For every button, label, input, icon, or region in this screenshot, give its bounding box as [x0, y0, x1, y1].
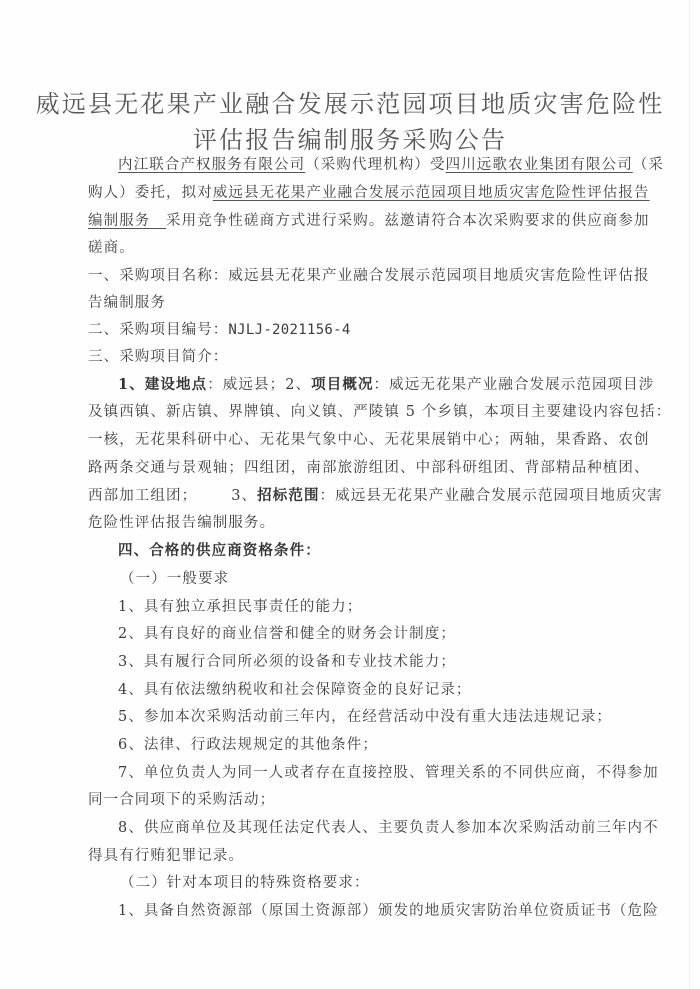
project-code-label: 二、采购项目编号： — [88, 322, 228, 338]
scope-value: ：威远县无花果产业融合发展示范园项目地质灾害 — [320, 488, 663, 504]
section3-line3: 一核，无花果科研中心、无花果气象中心、无花果展销中心；两轴，果香路、农创 — [88, 430, 628, 450]
agency-role: （采购代理机构）受 — [305, 157, 445, 173]
general-item-6: 6、法律、行政法规规定的其他条件； — [118, 735, 658, 755]
general-item-1: 1、具有独立承担民事责任的能力； — [118, 597, 658, 617]
intro-line1: 内江联合产权服务有限公司（采购代理机构）受四川远歌农业集团有限公司（采 — [118, 155, 658, 175]
project-name-b: 编制服务 — [88, 213, 166, 229]
general-requirements-heading: （一）一般要求 — [120, 569, 660, 589]
special-requirements-heading: （二）针对本项目的特殊资格要求： — [120, 873, 660, 893]
general-item-8-line2: 得具有行贿犯罪记录。 — [88, 846, 628, 866]
purchaser-name: 四川远歌农业集团有限公司 — [446, 157, 633, 173]
intro-line2: 购人）委托，拟对威远县无花果产业融合发展示范园项目地质灾害危险性评估报告 — [88, 183, 628, 203]
section1-line1: 一、采购项目名称：威远县无花果产业融合发展示范园项目地质灾害危险性评估报 — [88, 266, 628, 286]
scope-num: 3、 — [231, 488, 257, 504]
general-item-7-line2: 同一合同项下的采购活动； — [88, 790, 628, 810]
section1-line2: 告编制服务 — [88, 293, 628, 313]
purchaser-role-a: （采 — [633, 157, 664, 173]
general-item-5: 5、参加本次采购活动前三年内，在经营活动中没有重大违法违规记录； — [118, 707, 658, 727]
page-edge-shadow — [689, 0, 690, 989]
general-item-4: 4、具有依法缴纳税收和社会保障资金的良好记录； — [118, 680, 658, 700]
overview-value: ：威远无花果产业融合发展示范园项目涉 — [374, 377, 655, 393]
general-item-8-line1: 8、供应商单位及其现任法定代表人、主要负责人参加本次采购活动前三年内不 — [118, 818, 658, 838]
general-item-2: 2、具有良好的商业信誉和健全的财务会计制度； — [118, 624, 658, 644]
project-name-a: 威远县无花果产业融合发展示范园项目地质灾害危险性评估报告 — [213, 185, 650, 201]
section3-line5: 西部加工组团；3、招标范围：威远县无花果产业融合发展示范园项目地质灾害 — [88, 486, 628, 506]
purchaser-role-b: 购人）委托，拟对 — [88, 185, 213, 201]
document-title-line2: 评估报告编制服务采购公告 — [0, 120, 700, 155]
project-code: NJLJ-2021156-4 — [228, 322, 350, 338]
overview-num: 2、 — [285, 377, 311, 393]
overview-label: 项目概况 — [311, 376, 373, 393]
site-label: 1、建设地点 — [118, 376, 207, 393]
section2-line: 二、采购项目编号：NJLJ-2021156-4 — [88, 320, 628, 340]
section3-heading: 三、采购项目简介： — [88, 347, 628, 367]
section3-line4: 路两条交通与景观轴；四组团，南部旅游组团、中部科研组团、背部精品种植团、 — [88, 458, 628, 478]
document-title-line1: 威远县无花果产业融合发展示范园项目地质灾害危险性 — [0, 84, 700, 119]
scope-label: 招标范围 — [257, 487, 319, 504]
section3-line6: 危险性评估报告编制服务。 — [88, 513, 628, 533]
section3-line1: 1、建设地点：威远县；2、项目概况：威远无花果产业融合发展示范园项目涉 — [118, 375, 658, 395]
general-item-3: 3、具有履行合同所必须的设备和专业技术能力； — [118, 652, 658, 672]
procurement-method: 采用竞争性磋商方式进行采购。兹邀请符合本次采购要求的供应商参加 — [166, 213, 650, 229]
agency-name: 内江联合产权服务有限公司 — [118, 157, 305, 173]
special-item-1: 1、具备自然资源部（原国土资源部）颁发的地质灾害防治单位资质证书（危险 — [118, 901, 658, 921]
site-value: ：威远县； — [207, 377, 285, 393]
section3-line2: 及镇西镇、新店镇、界牌镇、向义镇、严陵镇 5 个乡镇，本项目主要建设内容包括： — [88, 402, 628, 422]
section4-heading: 四、合格的供应商资格条件： — [118, 541, 658, 561]
general-item-7-line1: 7、单位负责人为同一人或者存在直接控股、管理关系的不同供应商，不得参加 — [118, 763, 658, 783]
intro-line4: 磋商。 — [88, 238, 628, 258]
west-group: 西部加工组团； — [88, 488, 197, 504]
document-page: 威远县无花果产业融合发展示范园项目地质灾害危险性 评估报告编制服务采购公告 内江… — [0, 0, 700, 989]
intro-line3: 编制服务 采用竞争性磋商方式进行采购。兹邀请符合本次采购要求的供应商参加 — [88, 211, 628, 231]
